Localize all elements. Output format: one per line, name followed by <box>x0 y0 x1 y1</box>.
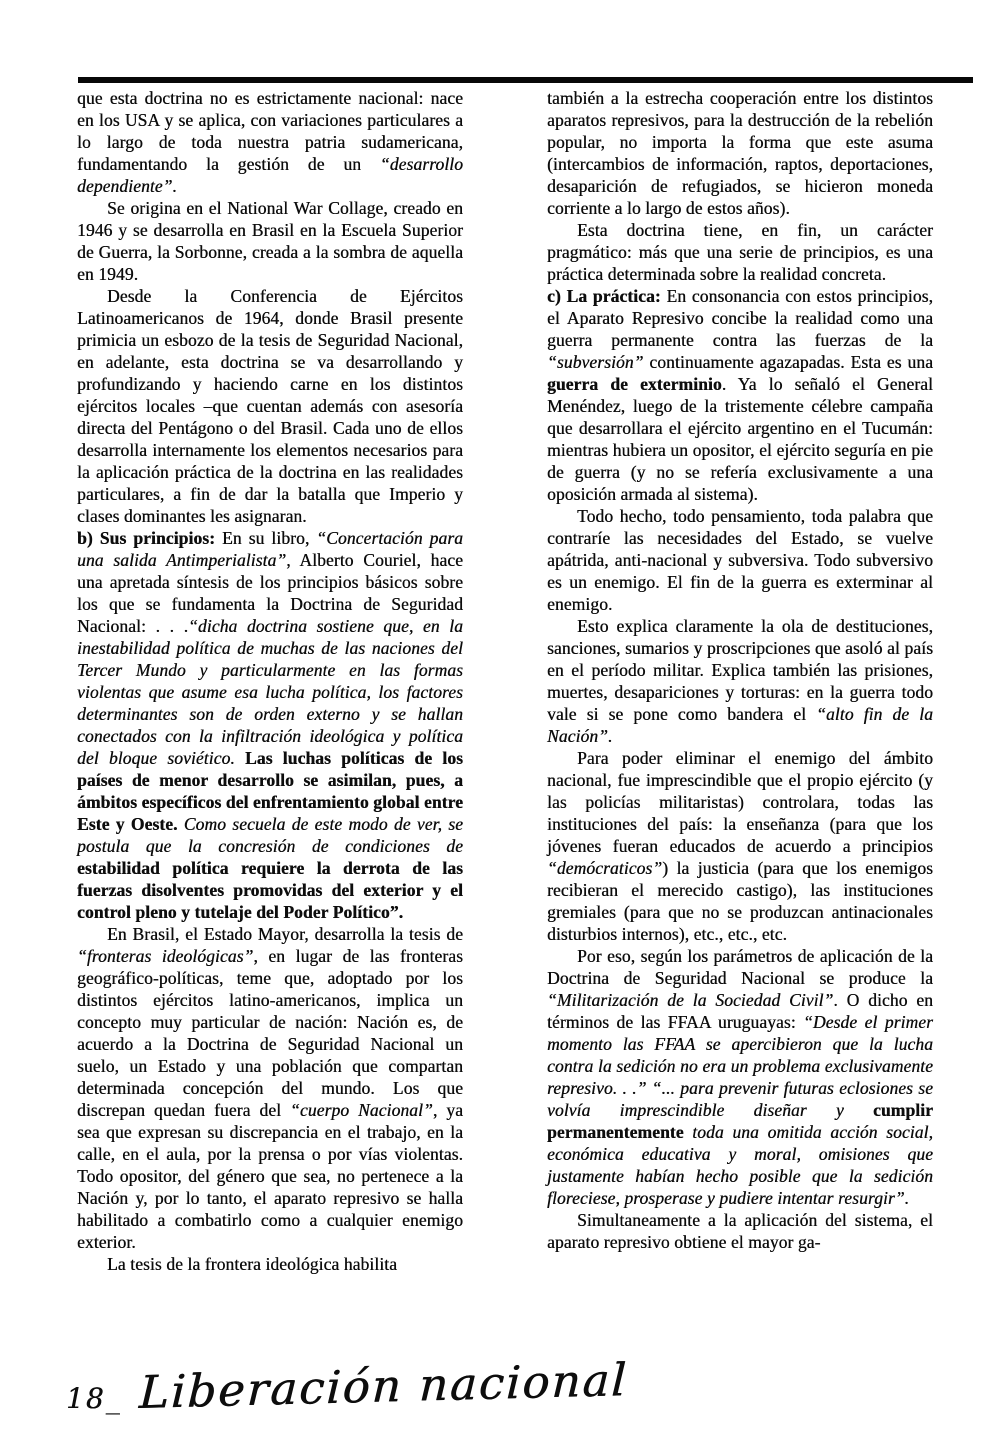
paragraph: que esta doctrina no es estrictamente na… <box>77 87 463 197</box>
text-segment: “subversión” <box>547 352 644 372</box>
paragraph: Para poder eliminar el enemigo del ámbit… <box>547 747 933 945</box>
text-segment: La tesis de la frontera ideológica habil… <box>107 1254 397 1274</box>
paragraph: Esto explica claramente la ola de destit… <box>547 615 933 747</box>
text-segment: “demócraticos” <box>547 858 662 878</box>
text-segment: continuamente agazapadas. Esta es una <box>644 352 934 372</box>
top-rule-divider <box>78 77 973 83</box>
paragraph: también a la estrecha cooperación entre … <box>547 87 933 219</box>
paragraph: Desde la Conferencia de Ejércitos Latino… <box>77 285 463 527</box>
publication-title-handwritten: Liberación nacional <box>138 1353 629 1419</box>
text-columns: que esta doctrina no es estrictamente na… <box>77 87 933 1275</box>
text-segment: Para poder eliminar el enemigo del ámbit… <box>547 748 933 856</box>
paragraph: Se origina en el National War Collage, c… <box>77 197 463 285</box>
text-segment: también a la estrecha cooperación entre … <box>547 88 933 218</box>
text-segment: , ya sea que expresan su discrepancia en… <box>77 1100 463 1252</box>
text-segment: c) La práctica: <box>547 286 666 306</box>
text-segment: En su libro, <box>222 528 316 548</box>
text-segment: Desde la Conferencia de Ejércitos Latino… <box>77 286 463 526</box>
paragraph: Simultaneamente a la aplicación del sist… <box>547 1209 933 1253</box>
text-segment: guerra de exterminio <box>547 374 722 394</box>
text-segment: , en lugar de las fronteras geográfico-p… <box>77 946 463 1120</box>
text-segment: Se origina en el National War Collage, c… <box>77 198 463 284</box>
paragraph: b) Sus principios: En su libro, “Concert… <box>77 527 463 923</box>
text-segment: “dicha doctrina sostiene que, en la ines… <box>77 616 463 768</box>
scanned-document-page: que esta doctrina no es estrictamente na… <box>0 0 1004 1449</box>
text-segment: b) Sus principios: <box>77 528 222 548</box>
text-segment: Simultaneamente a la aplicación del sist… <box>547 1210 933 1252</box>
paragraph: Esta doctrina tiene, en fin, un carácter… <box>547 219 933 285</box>
text-segment: “Militarización de la Sociedad Civil” <box>547 990 833 1010</box>
page-footer: 18_ Liberación nacional <box>66 1366 626 1419</box>
paragraph: En Brasil, el Estado Mayor, desarrolla l… <box>77 923 463 1253</box>
paragraph: Por eso, según los parámetros de aplicac… <box>547 945 933 1209</box>
text-segment: Por eso, según los parámetros de aplicac… <box>547 946 933 988</box>
text-segment: “cuerpo Nacional” <box>290 1100 433 1120</box>
text-segment: Esta doctrina tiene, en fin, un carácter… <box>547 220 933 284</box>
text-segment: Todo hecho, todo pensamiento, toda palab… <box>547 506 933 614</box>
paragraph: Todo hecho, todo pensamiento, toda palab… <box>547 505 933 615</box>
paragraph: c) La práctica: En consonancia con estos… <box>547 285 933 505</box>
column-left: que esta doctrina no es estrictamente na… <box>77 87 463 1275</box>
page-number: 18_ <box>66 1382 122 1415</box>
text-segment: “fronteras ideológicas” <box>77 946 253 966</box>
paragraph: La tesis de la frontera ideológica habil… <box>77 1253 463 1275</box>
column-right: también a la estrecha cooperación entre … <box>547 87 933 1275</box>
text-segment: estabilidad política requiere la derrota… <box>77 858 463 922</box>
text-segment: En Brasil, el Estado Mayor, desarrolla l… <box>107 924 463 944</box>
